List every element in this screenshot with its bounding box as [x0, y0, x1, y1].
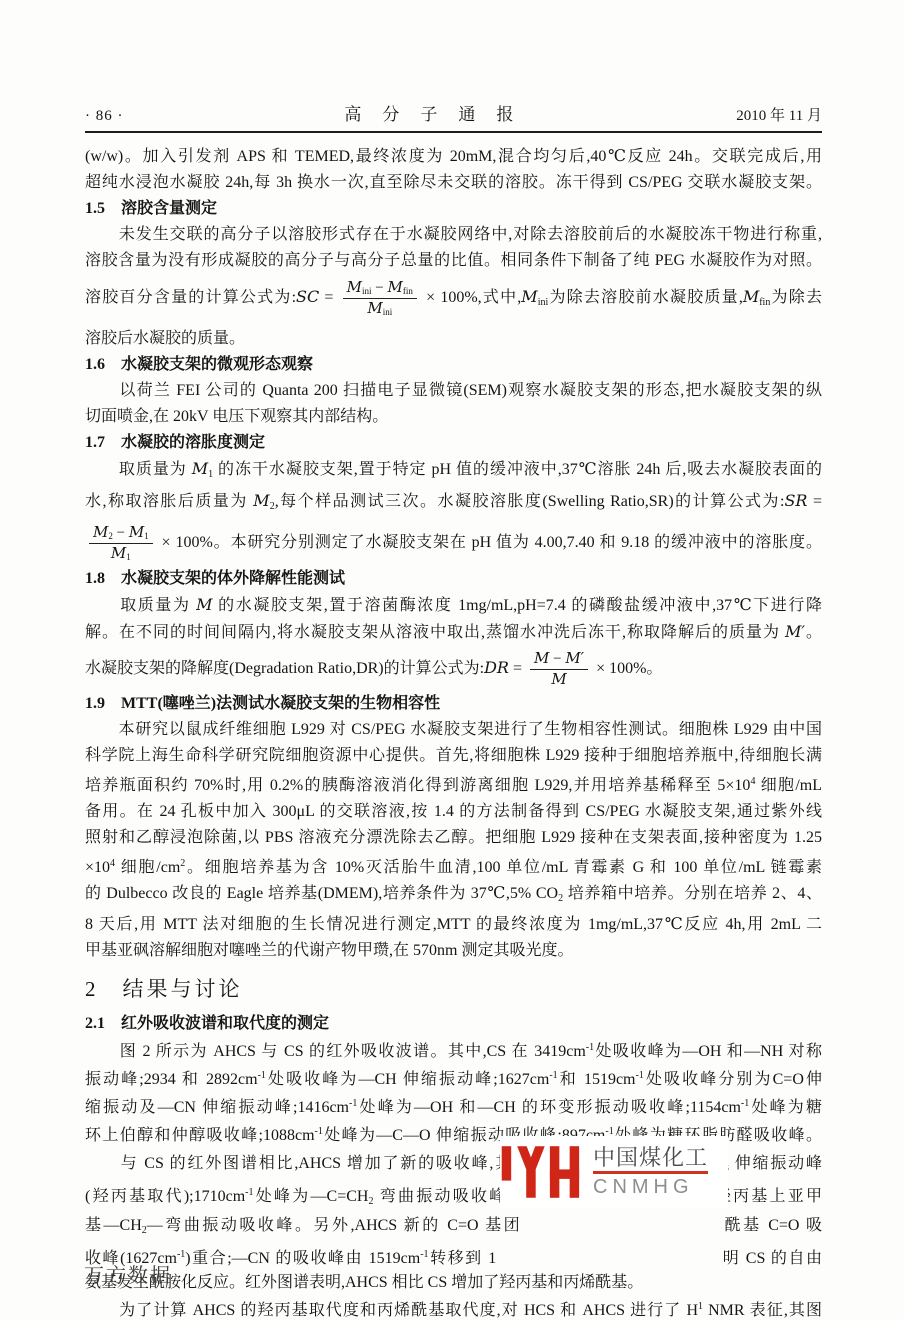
- text-run: 2 结果与讨论: [85, 977, 243, 1001]
- text-run: −: [549, 651, 565, 667]
- header-rule: [85, 131, 822, 133]
- text-run: 溶胶百分含量的计算公式为:: [85, 289, 296, 306]
- section-heading: 1.7 水凝胶的溶胀度测定: [85, 430, 822, 456]
- superscript: -1: [315, 1126, 323, 1137]
- text-run: 图 2 所示为 AHCS 与 CS 的红外吸收波谱。其中,CS 在 3419cm: [85, 1043, 586, 1060]
- text-line: 超纯水浸泡水凝胶 24h,每 3h 换水一次,直至除尽未交联的溶胶。冻干得到 C…: [85, 170, 822, 196]
- text-run: 1.9 MTT(噻唑兰)法测试水凝胶支架的生物相容性: [85, 695, 440, 712]
- text-run: 的冻干水凝胶支架,置于特定 pH 值的缓冲液中,37℃溶胀 24h 后,吸去水凝…: [213, 461, 822, 478]
- text-run: 培养箱中培养。分别在培养 2、4、: [563, 885, 822, 902]
- text-run: 1.6 水凝胶支架的微观形态观察: [85, 356, 313, 373]
- math-variable: DR: [484, 658, 509, 677]
- text-line: 溶胶含量为没有形成凝胶的高分子与高分子总量的比值。相同条件下制备了纯 PEG 水…: [85, 248, 822, 274]
- fraction: Mini − MfinMini: [343, 279, 417, 319]
- watermark-cn-label: 中国煤化工: [593, 1145, 708, 1170]
- text-run: 1.8 水凝胶支架的体外降解性能测试: [85, 570, 345, 587]
- text-line: 以荷兰 FEI 公司的 Quanta 200 扫描电子显微镜(SEM)观察水凝胶…: [85, 378, 822, 404]
- text-line: 甲基亚砜溶解细胞对噻唑兰的代谢产物甲瓒,在 570nm 测定其吸光度。: [85, 938, 822, 964]
- subscript: ini: [538, 297, 549, 308]
- text-run: −: [113, 525, 129, 541]
- superscript: -1: [636, 1070, 644, 1081]
- running-header: · 86 · 高 分 子 通 报 2010 年 11 月: [85, 101, 822, 125]
- text-line: 振动峰;2934 和 2892cm-1处吸收峰为—CH 伸缩振动峰;1627cm…: [85, 1064, 822, 1092]
- text-run: 转移到 1: [429, 1250, 497, 1267]
- text-run: 甲基亚砜溶解细胞对噻唑兰的代谢产物甲瓒,在 570nm 测定其吸光度。: [85, 942, 573, 959]
- text-run: 为了计算 AHCS 的羟丙基取代度和丙烯酰基取代度,对 HCS 和 AHCS 进…: [85, 1302, 698, 1319]
- page-number: · 86 ·: [85, 108, 124, 125]
- superscript: -1: [741, 1098, 749, 1109]
- text-run: ×10: [85, 859, 110, 876]
- text-line: 图 2 所示为 AHCS 与 CS 的红外吸收波谱。其中,CS 在 3419cm…: [85, 1036, 822, 1064]
- text-line: 溶胶后水凝胶的质量。: [85, 326, 822, 352]
- text-run: 伸缩振动峰: [729, 1155, 822, 1172]
- section-heading: 1.8 水凝胶支架的体外降解性能测试: [85, 566, 822, 592]
- text-run: 为除去溶胶前水凝胶质量,: [548, 289, 743, 306]
- math-variable: SR: [784, 491, 807, 510]
- section-heading: 1.5 溶胶含量测定: [85, 196, 822, 222]
- text-run: 振动峰;2934 和 2892cm: [85, 1071, 258, 1088]
- text-run: 切面喷金,在 20kV 电压下观察其内部结构。: [85, 408, 388, 425]
- math-variable: M: [129, 523, 144, 541]
- math-variable: M: [192, 459, 208, 478]
- cnmhg-logo-icon: [500, 1141, 586, 1203]
- text-run: 处峰为糖: [749, 1099, 822, 1116]
- watermark-covered-gap: [496, 1262, 721, 1263]
- text-line: 氨基发生酰胺化反应。红外图谱表明,AHCS 相比 CS 增加了羟丙基和丙烯酰基。: [85, 1271, 822, 1295]
- text-run: 培养瓶面积约 70%时,用 0.2%的胰酶溶液消化得到游离细胞 L929,并用培…: [85, 777, 750, 794]
- text-line: 备用。在 24 孔板中加入 300μL 的交联溶液,按 1.4 的方法制备得到 …: [85, 799, 822, 825]
- text-run: 。: [805, 624, 822, 641]
- text-run: 缩振动及—CN 伸缩振动峰;1416cm: [85, 1099, 349, 1116]
- text-run: 2.1 红外吸收波谱和取代度的测定: [85, 1015, 329, 1032]
- subscript: 1: [126, 552, 131, 562]
- text-line: 为了计算 AHCS 的羟丙基取代度和丙烯酰基取代度,对 HCS 和 AHCS 进…: [85, 1295, 822, 1320]
- text-run: —弯曲振动吸收峰。另外,AHCS 新的 C=O 基团: [147, 1217, 522, 1234]
- text-line: 8 天后,用 MTT 法对细胞的生长情况进行测定,MTT 的最终浓度为 1mg/…: [85, 912, 822, 938]
- math-variable: M: [93, 523, 108, 541]
- watermark-text: 中国煤化工 CNMHG: [593, 1145, 708, 1199]
- issue-date: 2010 年 11 月: [736, 104, 822, 125]
- text-line: (w/w)。加入引发剂 APS 和 TEMED,最终浓度为 20mM,混合均匀后…: [85, 144, 822, 170]
- text-run: 溶胶含量为没有形成凝胶的高分子与高分子总量的比值。相同条件下制备了纯 PEG 水…: [85, 252, 822, 269]
- text-run: × 100%,式中,: [421, 289, 521, 306]
- text-run: 酰基 C=O 吸: [722, 1217, 822, 1234]
- text-line: 水凝胶支架的降解度(Degradation Ratio,DR)的计算公式为:DR…: [85, 646, 822, 691]
- math-variable: M: [367, 299, 382, 317]
- text-run: ,每个样品测试三次。水凝胶溶胀度(Swelling Ratio,SR)的计算公式…: [275, 493, 785, 510]
- text-run: −: [372, 280, 388, 296]
- scanned-paper-page: · 86 · 高 分 子 通 报 2010 年 11 月 (w/w)。加入引发剂…: [0, 0, 904, 1320]
- math-variable: M: [551, 670, 566, 688]
- math-variable: M: [743, 287, 759, 306]
- text-run: 和 1519cm: [558, 1071, 636, 1088]
- text-run: =: [319, 289, 338, 306]
- text-run: 备用。在 24 孔板中加入 300μL 的交联溶液,按 1.4 的方法制备得到 …: [85, 803, 822, 820]
- text-run: 8 天后,用 MTT 法对细胞的生长情况进行测定,MTT 的最终浓度为 1mg/…: [85, 916, 822, 933]
- text-run: 超纯水浸泡水凝胶 24h,每 3h 换水一次,直至除尽未交联的溶胶。冻干得到 C…: [85, 174, 822, 191]
- text-run: 细胞/mL: [755, 777, 822, 794]
- superscript: -1: [549, 1070, 557, 1081]
- journal-title: 高 分 子 通 报: [344, 100, 515, 125]
- text-run: 未发生交联的高分子以溶胶形式存在于水凝胶网络中,对除去溶胶前后的水凝胶冻干物进行…: [85, 226, 822, 243]
- text-run: 以荷兰 FEI 公司的 Quanta 200 扫描电子显微镜(SEM)观察水凝胶…: [85, 382, 822, 399]
- text-run: 处峰为—C=CH: [254, 1188, 369, 1205]
- text-line: 的 Dulbecco 改良的 Eagle 培养基(DMEM),培养条件为 37℃…: [85, 881, 822, 912]
- text-line: 溶胶百分含量的计算公式为:SC = Mini − MfinMini × 100%…: [85, 274, 822, 326]
- text-run: 溶胶后水凝胶的质量。: [85, 330, 245, 347]
- math-variable: SC: [296, 287, 319, 306]
- text-line: 解。在不同的时间间隔内,将水凝胶支架从溶液中取出,蒸馏水冲洗后冻干,称取降解后的…: [85, 619, 822, 646]
- text-run: 。细胞培养基为含 10%灭活胎牛血清,100 单位/mL 青霉素 G 和 100…: [185, 859, 822, 876]
- publisher-watermark: 中国煤化工 CNMHG: [500, 1136, 728, 1208]
- subscript: ini: [383, 307, 393, 317]
- section-heading: 1.9 MTT(噻唑兰)法测试水凝胶支架的生物相容性: [85, 691, 822, 717]
- math-variable: M: [388, 278, 403, 296]
- text-run: NMR 表征,其图: [703, 1302, 822, 1319]
- text-run: 为除去: [770, 289, 822, 306]
- text-run: 水凝胶支架的降解度(Degradation Ratio,DR)的计算公式为:: [85, 660, 484, 677]
- text-line: 未发生交联的高分子以溶胶形式存在于水凝胶网络中,对除去溶胶前后的水凝胶冻干物进行…: [85, 222, 822, 248]
- text-run: 明 CS 的自由: [721, 1250, 822, 1267]
- math-variable: M′: [785, 622, 805, 641]
- text-run: 本研究以鼠成纤维细胞 L929 对 CS/PEG 水凝胶支架进行了生物相容性测试…: [85, 721, 822, 738]
- text-run: 1.5 溶胶含量测定: [85, 200, 217, 217]
- text-run: 处吸收峰为—CH 伸缩振动峰;1627cm: [266, 1071, 549, 1088]
- fraction: M − M′M: [530, 650, 588, 690]
- text-line: 培养瓶面积约 70%时,用 0.2%的胰酶溶液消化得到游离细胞 L929,并用培…: [85, 769, 822, 799]
- text-run: 照射和乙醇浸泡除菌,以 PBS 溶液充分漂洗除去乙醇。把细胞 L929 接种在支…: [85, 829, 822, 846]
- text-line: 缩振动及—CN 伸缩振动峰;1416cm-1处峰为—OH 和—CH 的环变形振动…: [85, 1092, 822, 1120]
- text-run: × 100%。本研究分别测定了水凝胶支架在 pH 值为 4.00,7.40 和 …: [157, 534, 822, 551]
- math-variable: M: [253, 491, 269, 510]
- text-run: =: [509, 660, 526, 677]
- text-line: 基—CH2—弯曲振动吸收峰。另外,AHCS 新的 C=O 基团酰基 C=O 吸: [85, 1214, 822, 1243]
- superscript: -1: [245, 1187, 253, 1198]
- text-run: 水,称取溶胀后质量为: [85, 493, 253, 510]
- text-run: 科学院上海生命科学研究院细胞资源中心提供。首先,将细胞株 L929 接种于细胞培…: [85, 747, 822, 764]
- chapter-heading: 2 结果与讨论: [85, 972, 822, 1006]
- math-variable: M: [521, 287, 537, 306]
- text-run: 处吸收峰为—OH 和—NH 对称: [594, 1043, 822, 1060]
- text-run: 的水凝胶支架,置于溶菌酶浓度 1mg/mL,pH=7.4 的磷酸盐缓冲液中,37…: [213, 597, 822, 614]
- text-run: 环上伯醇和仲醇吸收峰;1088cm: [85, 1127, 315, 1144]
- text-run: 基—CH: [85, 1217, 142, 1234]
- text-run: 的 Dulbecco 改良的 Eagle 培养基(DMEM),培养条件为 37℃…: [85, 885, 558, 902]
- text-run: 取质量为: [85, 597, 196, 614]
- text-line: 水,称取溶胀后质量为 M2,每个样品测试三次。水凝胶溶胀度(Swelling R…: [85, 488, 822, 520]
- text-line: 切面喷金,在 20kV 电压下观察其内部结构。: [85, 404, 822, 430]
- text-line: 照射和乙醇浸泡除菌,以 PBS 溶液充分漂洗除去乙醇。把细胞 L929 接种在支…: [85, 825, 822, 851]
- wanfang-data-mark: 万方数据: [84, 1259, 172, 1288]
- subscript: fin: [403, 286, 413, 296]
- text-line: 本研究以鼠成纤维细胞 L929 对 CS/PEG 水凝胶支架进行了生物相容性测试…: [85, 717, 822, 743]
- text-run: =: [807, 493, 822, 510]
- text-line: 科学院上海生命科学研究院细胞资源中心提供。首先,将细胞株 L929 接种于细胞培…: [85, 743, 822, 769]
- watermark-en-label: CNMHG: [593, 1176, 708, 1199]
- text-run: )重合;—CN 的吸收峰由 1519cm: [185, 1250, 420, 1267]
- text-line: 取质量为 M1 的冻干水凝胶支架,置于特定 pH 值的缓冲液中,37℃溶胀 24…: [85, 456, 822, 488]
- text-line: ×104 细胞/cm2。细胞培养基为含 10%灭活胎牛血清,100 单位/mL …: [85, 851, 822, 881]
- text-line: 取质量为 M 的水凝胶支架,置于溶菌酶浓度 1mg/mL,pH=7.4 的磷酸盐…: [85, 592, 822, 619]
- text-run: 1.7 水凝胶的溶胀度测定: [85, 434, 265, 451]
- text-run: 细胞/cm: [115, 859, 180, 876]
- math-variable: M′: [565, 649, 584, 667]
- text-run: 处峰为—OH 和—CH 的环变形振动吸收峰;1154cm: [357, 1099, 741, 1116]
- fraction: M2 − M1M1: [89, 524, 153, 564]
- text-line: 收峰(1627cm-1)重合;—CN 的吸收峰由 1519cm-1转移到 1明 …: [85, 1243, 822, 1271]
- text-run: 处吸收峰分别为C=O伸: [644, 1071, 822, 1088]
- math-variable: M: [196, 595, 212, 614]
- superscript: -1: [258, 1070, 266, 1081]
- text-run: × 100%。: [592, 660, 662, 677]
- section-heading: 1.6 水凝胶支架的微观形态观察: [85, 352, 822, 378]
- text-run: (羟丙基取代);1710cm: [85, 1188, 245, 1205]
- superscript: -1: [420, 1249, 428, 1260]
- subscript: fin: [759, 297, 770, 308]
- superscript: -1: [586, 1042, 594, 1053]
- text-run: 取质量为: [85, 461, 192, 478]
- text-line: M2 − M1M1 × 100%。本研究分别测定了水凝胶支架在 pH 值为 4.…: [85, 520, 822, 566]
- math-variable: M: [534, 649, 549, 667]
- subscript: ini: [362, 286, 372, 296]
- watermark-divider: [593, 1171, 708, 1174]
- subscript: 1: [144, 531, 149, 541]
- text-run: (w/w)。加入引发剂 APS 和 TEMED,最终浓度为 20mM,混合均匀后…: [85, 148, 822, 165]
- watermark-covered-gap: [522, 1229, 722, 1230]
- text-run: 解。在不同的时间间隔内,将水凝胶支架从溶液中取出,蒸馏水冲洗后冻干,称取降解后的…: [85, 624, 785, 641]
- math-variable: M: [347, 278, 362, 296]
- section-heading: 2.1 红外吸收波谱和取代度的测定: [85, 1012, 822, 1036]
- math-variable: M: [111, 544, 126, 562]
